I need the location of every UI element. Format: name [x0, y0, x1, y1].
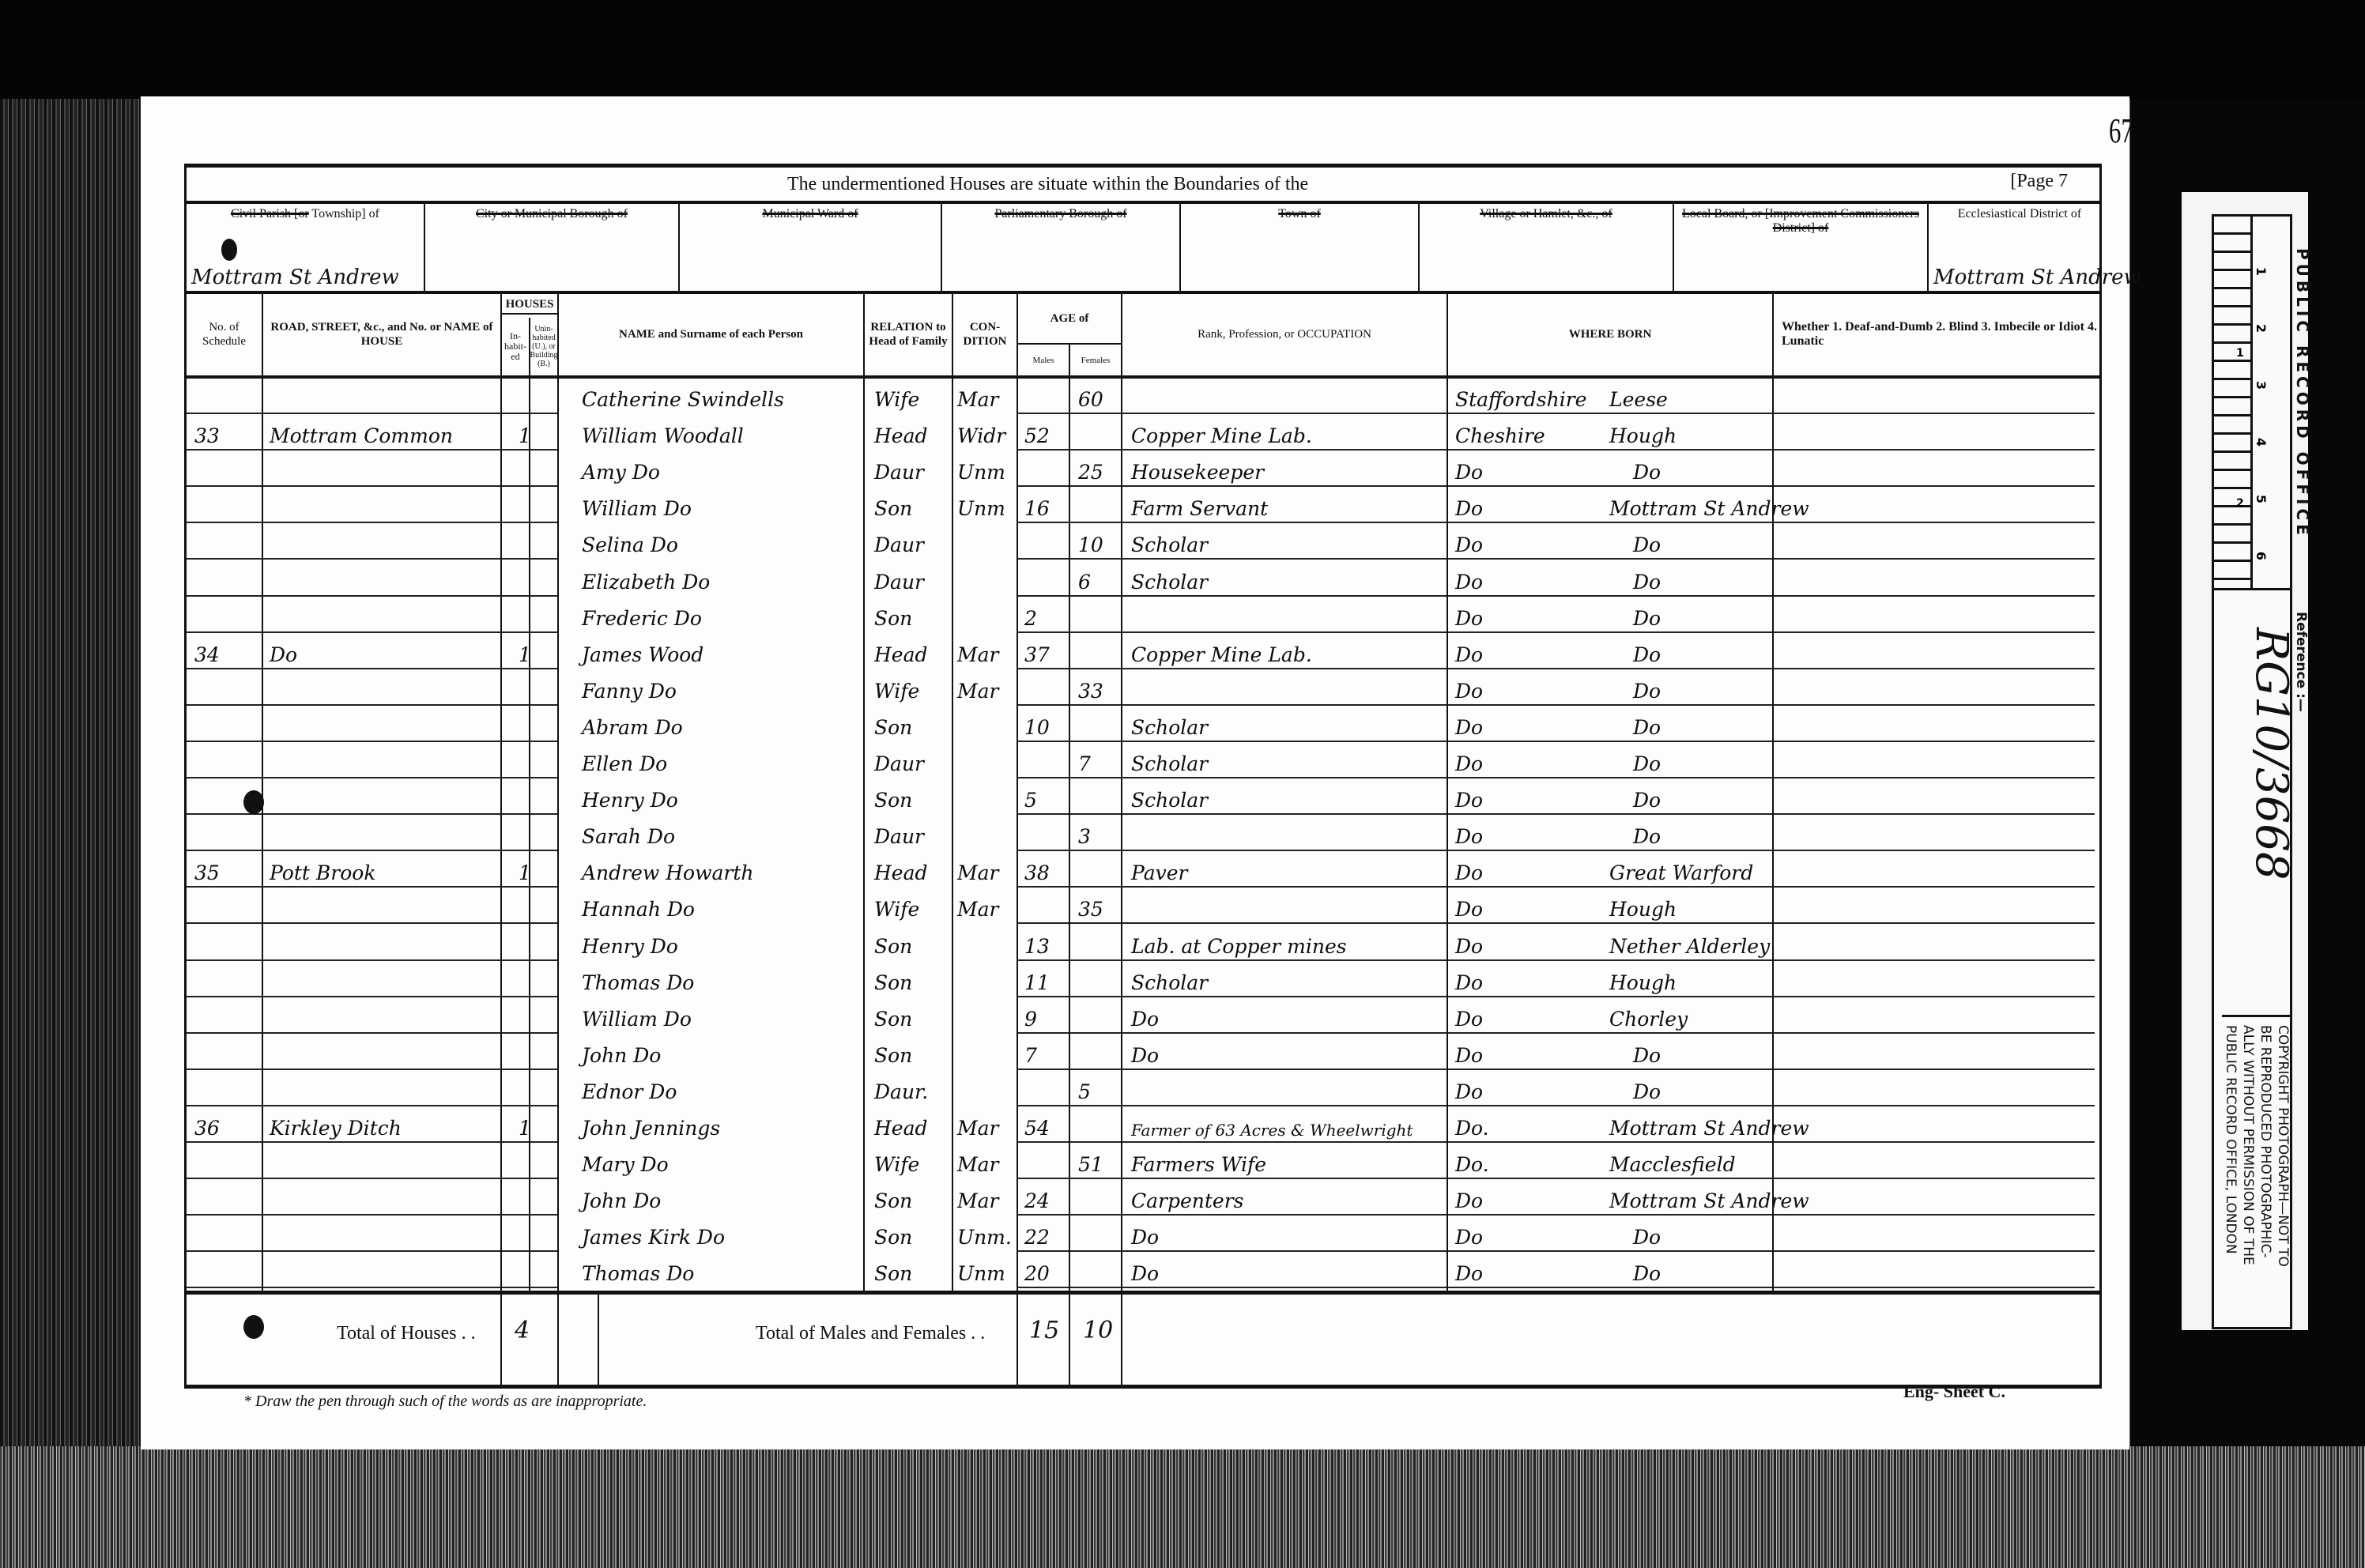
cell-female-age: 35	[1078, 898, 1103, 921]
row-rule	[1070, 1141, 1121, 1143]
row-rule	[502, 1069, 529, 1070]
row-rule	[1070, 1214, 1121, 1216]
col-inhabited: In-habit-ed	[502, 318, 530, 375]
copyright-notice: COPYRIGHT PHOTOGRAPH—NOT TOBE REPRODUCED…	[2222, 1015, 2291, 1267]
cell-relation: Wife	[874, 388, 919, 411]
row-rule	[1122, 1214, 1447, 1216]
table-row: Amy DoDaurUnm25HousekeeperDoDo	[187, 452, 2099, 488]
row-rule	[1018, 1032, 1069, 1034]
boundaries-row: Civil Parish [or Township] ofMottram St …	[187, 202, 2099, 294]
row-rule	[1448, 522, 1772, 523]
scale-ruler: 12 123456	[2214, 217, 2290, 590]
cell-male-age: 16	[1024, 497, 1050, 520]
row-rule	[187, 1214, 262, 1216]
row-rule	[1774, 1178, 2095, 1179]
row-rule	[1774, 558, 2095, 560]
folio-number: 67	[2109, 111, 2133, 151]
cell-born-county: Do	[1455, 971, 1483, 994]
row-rule	[502, 595, 529, 597]
row-rule	[1018, 449, 1069, 450]
row-rule	[1070, 850, 1121, 851]
cell-born-place: Mottram St Andrew	[1609, 1189, 1809, 1212]
row-rule	[530, 1250, 557, 1252]
cell-condition: Unm.	[957, 1226, 1012, 1249]
row-rule	[1018, 522, 1069, 523]
scan-background-bottom	[0, 1446, 2365, 1568]
cell-relation: Daur	[874, 461, 924, 484]
row-rule	[1018, 996, 1069, 997]
cell-female-age: 6	[1078, 571, 1091, 594]
cell-condition: Unm	[957, 461, 1005, 484]
col-where-born: WHERE BORN	[1448, 294, 1774, 375]
col-age: AGE of	[1018, 294, 1122, 343]
row-rule	[1448, 595, 1772, 597]
row-rule	[1774, 1250, 2095, 1252]
row-rule	[1774, 1069, 2095, 1070]
row-rule	[187, 1105, 262, 1106]
row-rule	[1774, 1214, 2095, 1216]
page-label: [Page 7	[2010, 171, 2068, 192]
row-rule	[1774, 959, 2095, 961]
row-rule	[187, 668, 262, 669]
row-rule	[1774, 741, 2095, 742]
row-rule	[1018, 777, 1069, 778]
copyright-line: ALLY WITHOUT PERMISSION OF THE	[2239, 1025, 2257, 1267]
cell-condition: Mar	[957, 861, 998, 884]
cell-born-place: Do	[1633, 1044, 1661, 1067]
row-rule	[530, 449, 557, 450]
cell-name: Fanny Do	[582, 680, 677, 703]
row-rule	[1018, 704, 1069, 706]
col-uninhabited: Unin-habited (U.), or Building (B.)	[530, 318, 559, 375]
row-rule	[502, 1032, 529, 1034]
cell-schedule: 34	[194, 643, 220, 666]
row-rule	[1122, 668, 1447, 669]
row-rule	[1122, 413, 1447, 414]
cell-born-county: Do	[1455, 607, 1483, 630]
row-rule	[1774, 522, 2095, 523]
row-rule	[1018, 1214, 1069, 1216]
row-rule	[1448, 996, 1772, 997]
row-rule	[263, 777, 500, 778]
cell-born-place: Do	[1633, 571, 1661, 594]
table-row: Abram DoSon10ScholarDoDo	[187, 707, 2099, 744]
row-rule	[502, 959, 529, 961]
cell-relation: Son	[874, 607, 912, 630]
column-divider	[1017, 294, 1018, 1291]
cell-born-place: Do	[1633, 789, 1661, 812]
cell-male-age: 7	[1024, 1044, 1037, 1067]
table-row: 33Mottram Common1William WoodallHeadWidr…	[187, 416, 2099, 452]
row-rule	[1122, 741, 1447, 742]
cell-occupation: Scholar	[1131, 533, 1208, 556]
row-rule	[502, 485, 529, 487]
column-divider	[1772, 294, 1774, 1291]
table-row: 36Kirkley Ditch1John JenningsHeadMar54Fa…	[187, 1108, 2099, 1144]
cell-name: Catherine Swindells	[582, 388, 784, 411]
total-persons-label: Total of Males and Females . .	[756, 1323, 985, 1344]
cell-relation: Son	[874, 1189, 912, 1212]
row-rule	[1774, 1105, 2095, 1106]
row-rule	[1448, 1069, 1772, 1070]
totals-divider	[500, 1295, 502, 1388]
column-divider	[1447, 294, 1448, 1291]
row-rule	[1122, 704, 1447, 706]
row-rule	[1122, 1250, 1447, 1252]
row-rule	[530, 996, 557, 997]
row-rule	[1018, 413, 1069, 414]
cell-born-county: Do	[1455, 1226, 1483, 1249]
cell-born-county: Do.	[1455, 1117, 1489, 1140]
row-rule	[1018, 959, 1069, 961]
row-rule	[1448, 558, 1772, 560]
form-title-row: The undermentioned Houses are situate wi…	[187, 168, 2099, 204]
row-rule	[1122, 777, 1447, 778]
cell-born-place: Hough	[1609, 898, 1677, 921]
row-rule	[1774, 595, 2095, 597]
row-rule	[530, 668, 557, 669]
ruler-inch-label: 2	[2236, 497, 2244, 510]
cell-relation: Head	[874, 643, 928, 666]
row-rule	[1774, 996, 2095, 997]
row-rule	[502, 1178, 529, 1179]
boundary-label: Municipal Ward of	[680, 202, 941, 221]
cell-name: Hannah Do	[582, 898, 695, 921]
cell-name: Frederic Do	[582, 607, 702, 630]
census-form: The undermentioned Houses are situate wi…	[184, 164, 2102, 1389]
row-rule	[187, 922, 262, 924]
row-rule	[1774, 413, 2095, 414]
row-rule	[530, 485, 557, 487]
cell-occupation: Housekeeper	[1131, 461, 1264, 484]
row-rule	[187, 449, 262, 450]
row-rule	[1018, 485, 1069, 487]
row-rule	[263, 1069, 500, 1070]
total-females-value: 10	[1083, 1317, 1113, 1344]
cell-occupation: Copper Mine Lab.	[1131, 643, 1312, 666]
row-rule	[502, 777, 529, 778]
row-rule	[1774, 668, 2095, 669]
row-rule	[530, 558, 557, 560]
ruler-inch-label: 1	[2236, 347, 2244, 360]
row-rule	[1070, 1069, 1121, 1070]
row-rule	[1070, 1178, 1121, 1179]
cell-condition: Mar	[957, 388, 998, 411]
cell-condition: Unm	[957, 1262, 1005, 1285]
row-rule	[187, 1250, 262, 1252]
row-rule	[1070, 922, 1121, 924]
cell-occupation: Farmer of 63 Acres & Wheelwright	[1131, 1121, 1413, 1140]
form-title: The undermentioned Houses are situate wi…	[787, 174, 1308, 195]
cell-name: John Jennings	[582, 1117, 720, 1140]
row-rule	[1774, 1287, 2095, 1288]
row-rule	[1774, 922, 2095, 924]
column-divider	[557, 294, 559, 1291]
cell-condition: Mar	[957, 1153, 998, 1176]
row-rule	[187, 959, 262, 961]
row-rule	[1448, 741, 1772, 742]
row-rule	[1448, 485, 1772, 487]
row-rule	[187, 741, 262, 742]
cell-born-place: Hough	[1609, 424, 1677, 447]
ruler-cm-label: 4	[2254, 438, 2269, 447]
table-row: John DoSonMar24CarpentersDoMottram St An…	[187, 1181, 2099, 1217]
row-rule	[1122, 485, 1447, 487]
row-rule	[1018, 922, 1069, 924]
row-rule	[1018, 1250, 1069, 1252]
cell-relation: Head	[874, 861, 928, 884]
row-rule	[263, 449, 500, 450]
boundary-label: City or Municipal Borough of	[425, 202, 678, 221]
cell-born-county: Do	[1455, 898, 1483, 921]
boundary-cell: Village or Hamlet, &c., of	[1420, 202, 1674, 291]
cell-relation: Daur.	[874, 1080, 928, 1103]
row-rule	[1122, 1178, 1447, 1179]
row-rule	[1448, 1141, 1772, 1143]
cell-male-age: 20	[1024, 1262, 1050, 1285]
cell-occupation: Do	[1131, 1262, 1159, 1285]
boundary-cell: Town of	[1181, 202, 1420, 291]
row-rule	[502, 741, 529, 742]
row-rule	[1122, 1287, 1447, 1288]
census-page: 67 The undermentioned Houses are situate…	[141, 96, 2129, 1449]
table-row: Frederic DoSon2DoDo	[187, 598, 2099, 635]
cell-occupation: Lab. at Copper mines	[1131, 935, 1347, 958]
cell-born-county: Do	[1455, 533, 1483, 556]
cell-relation: Daur	[874, 571, 924, 594]
row-rule	[1448, 449, 1772, 450]
cell-occupation: Carpenters	[1131, 1189, 1244, 1212]
table-row: Henry DoSon13Lab. at Copper minesDoNethe…	[187, 926, 2099, 963]
row-rule	[1122, 886, 1447, 888]
row-rule	[1070, 1250, 1121, 1252]
cell-relation: Wife	[874, 680, 919, 703]
table-row: John DoSon7DoDoDo	[187, 1035, 2099, 1072]
punch-hole	[243, 790, 264, 814]
scan-background-top	[0, 0, 2365, 99]
row-rule	[187, 595, 262, 597]
row-rule	[1018, 631, 1069, 633]
row-rule	[1448, 631, 1772, 633]
boundary-cell: Municipal Ward of	[680, 202, 942, 291]
boundary-label: Town of	[1181, 202, 1418, 221]
boundary-cell: Ecclesiastical District ofMottram St And…	[1929, 202, 2110, 291]
row-rule	[1774, 777, 2095, 778]
copyright-line: BE REPRODUCED PHOTOGRAPHIC-	[2257, 1025, 2274, 1267]
row-rule	[187, 1141, 262, 1143]
row-rule	[530, 922, 557, 924]
row-rule	[1122, 1069, 1447, 1070]
col-infirmity: Whether 1. Deaf-and-Dumb 2. Blind 3. Imb…	[1774, 294, 2110, 375]
row-rule	[502, 886, 529, 888]
total-houses-value: 4	[515, 1317, 530, 1344]
row-rule	[1774, 449, 2095, 450]
row-rule	[1774, 886, 2095, 888]
row-rule	[1018, 668, 1069, 669]
cell-name: John Do	[582, 1044, 661, 1067]
totals-divider	[1121, 1295, 1122, 1388]
cell-relation: Daur	[874, 752, 924, 775]
row-rule	[530, 1069, 557, 1070]
row-rule	[530, 595, 557, 597]
table-row: Elizabeth DoDaur6ScholarDoDo	[187, 562, 2099, 598]
row-rule	[187, 777, 262, 778]
cell-born-county: Do	[1455, 643, 1483, 666]
row-rule	[263, 813, 500, 815]
cell-occupation: Do	[1131, 1226, 1159, 1249]
row-rule	[502, 668, 529, 669]
public-record-office-strip: 12 123456 PUBLIC RECORD OFFICE Reference…	[2182, 192, 2308, 1330]
col-road: ROAD, STREET, &c., and No. or NAME of HO…	[263, 294, 502, 375]
cell-name: Amy Do	[582, 461, 660, 484]
row-rule	[1774, 631, 2095, 633]
row-rule	[530, 959, 557, 961]
row-rule	[1122, 595, 1447, 597]
cell-born-place: Do	[1633, 752, 1661, 775]
totals-row: Total of Houses . . 4 Total of Males and…	[187, 1291, 2099, 1388]
cell-relation: Son	[874, 1044, 912, 1067]
row-rule	[530, 1032, 557, 1034]
row-rule	[1774, 850, 2095, 851]
row-rule	[1018, 1287, 1069, 1288]
cell-born-place: Chorley	[1609, 1008, 1688, 1031]
cell-born-place: Do	[1633, 533, 1661, 556]
row-rule	[1774, 704, 2095, 706]
cell-born-place: Great Warford	[1609, 861, 1753, 884]
cell-occupation: Farmers Wife	[1131, 1153, 1266, 1176]
row-rule	[1018, 886, 1069, 888]
row-rule	[263, 1214, 500, 1216]
cell-born-place: Do	[1633, 607, 1661, 630]
boundary-label: Civil Parish [or Township] of	[187, 202, 424, 221]
table-row: James Kirk DoSonUnm.22DoDoDo	[187, 1217, 2099, 1253]
row-rule	[1018, 1141, 1069, 1143]
table-row: Mary DoWifeMar51Farmers WifeDo.Macclesfi…	[187, 1144, 2099, 1181]
col-name: NAME and Surname of each Person	[559, 294, 865, 375]
row-rule	[1122, 922, 1447, 924]
col-houses: HOUSES	[502, 294, 559, 315]
ruler-cm-label: 1	[2254, 267, 2269, 276]
row-rule	[263, 485, 500, 487]
row-rule	[1070, 1032, 1121, 1034]
row-rule	[1122, 522, 1447, 523]
table-row: Sarah DoDaur3DoDo	[187, 816, 2099, 853]
row-rule	[1774, 1032, 2095, 1034]
row-rule	[263, 996, 500, 997]
ruler-numbers: 123456	[2252, 217, 2290, 588]
cell-occupation: Farm Servant	[1131, 497, 1268, 520]
row-rule	[187, 522, 262, 523]
row-rule	[263, 850, 500, 851]
row-rule	[187, 886, 262, 888]
cell-born-county: Do	[1455, 716, 1483, 739]
table-row: Ellen DoDaur7ScholarDoDo	[187, 744, 2099, 780]
cell-name: James Wood	[582, 643, 703, 666]
copyright-line: COPYRIGHT PHOTOGRAPH—NOT TO	[2274, 1025, 2291, 1267]
cell-road: Mottram Common	[270, 424, 453, 447]
column-divider	[500, 294, 502, 1291]
table-row: Ednor DoDaur.5DoDo	[187, 1072, 2099, 1108]
cell-relation: Wife	[874, 1153, 919, 1176]
header-divider	[187, 375, 2099, 379]
row-rule	[263, 522, 500, 523]
table-row: 34Do1James WoodHeadMar37Copper Mine Lab.…	[187, 635, 2099, 671]
cell-male-age: 22	[1024, 1226, 1050, 1249]
cell-born-county: Do	[1455, 789, 1483, 812]
cell-born-place: Leese	[1609, 388, 1668, 411]
row-rule	[1448, 1250, 1772, 1252]
row-rule	[263, 886, 500, 888]
copyright-line: PUBLIC RECORD OFFICE, LONDON	[2222, 1025, 2239, 1267]
row-rule	[263, 1105, 500, 1106]
cell-relation: Son	[874, 1262, 912, 1285]
cell-born-place: Do	[1633, 1262, 1661, 1285]
row-rule	[530, 1141, 557, 1143]
row-rule	[187, 631, 262, 633]
cell-female-age: 7	[1078, 752, 1091, 775]
row-rule	[263, 704, 500, 706]
cell-name: William Do	[582, 1008, 692, 1031]
row-rule	[1448, 813, 1772, 815]
row-rule	[1448, 704, 1772, 706]
cell-condition: Unm	[957, 497, 1005, 520]
cell-name: William Do	[582, 497, 692, 520]
cell-name: Andrew Howarth	[582, 861, 754, 884]
col-schedule: No. of Schedule	[187, 294, 263, 375]
cell-condition: Mar	[957, 1117, 998, 1140]
row-rule	[502, 850, 529, 851]
row-rule	[530, 522, 557, 523]
boundary-value: Mottram St Andrew	[191, 266, 399, 289]
col-occupation: Rank, Profession, or OCCUPATION	[1122, 294, 1448, 375]
table-row: William DoSonUnm16Farm ServantDoMottram …	[187, 488, 2099, 525]
cell-name: Abram Do	[582, 716, 683, 739]
cell-relation: Daur	[874, 533, 924, 556]
cell-name: Thomas Do	[582, 1262, 694, 1285]
row-rule	[187, 1069, 262, 1070]
boundary-cell: City or Municipal Borough of	[425, 202, 680, 291]
row-rule	[1070, 1105, 1121, 1106]
ruler-cm-label: 6	[2254, 552, 2269, 560]
row-rule	[530, 777, 557, 778]
cell-born-place: Do	[1633, 1080, 1661, 1103]
cell-relation: Wife	[874, 898, 919, 921]
row-rule	[263, 959, 500, 961]
row-rule	[263, 922, 500, 924]
row-rule	[263, 668, 500, 669]
row-rule	[1122, 449, 1447, 450]
total-males-value: 15	[1029, 1317, 1059, 1344]
cell-male-age: 37	[1024, 643, 1050, 666]
cell-male-age: 11	[1024, 971, 1050, 994]
ruler-cm-label: 5	[2254, 495, 2269, 503]
cell-born-county: Do	[1455, 1189, 1483, 1212]
row-rule	[502, 1214, 529, 1216]
row-rule	[502, 1141, 529, 1143]
table-row: William DoSon9DoDoChorley	[187, 999, 2099, 1035]
reference-value: RG10/3668	[2246, 628, 2297, 880]
table-row: Selina DoDaur10ScholarDoDo	[187, 525, 2099, 561]
row-rule	[1070, 413, 1121, 414]
cell-male-age: 10	[1024, 716, 1050, 739]
cell-name: William Woodall	[582, 424, 744, 447]
cell-name: Selina Do	[582, 533, 678, 556]
cell-born-county: Do	[1455, 1080, 1483, 1103]
row-rule	[502, 558, 529, 560]
cell-schedule: 35	[194, 861, 220, 884]
ink-blot	[221, 239, 237, 261]
cell-female-age: 60	[1078, 388, 1103, 411]
